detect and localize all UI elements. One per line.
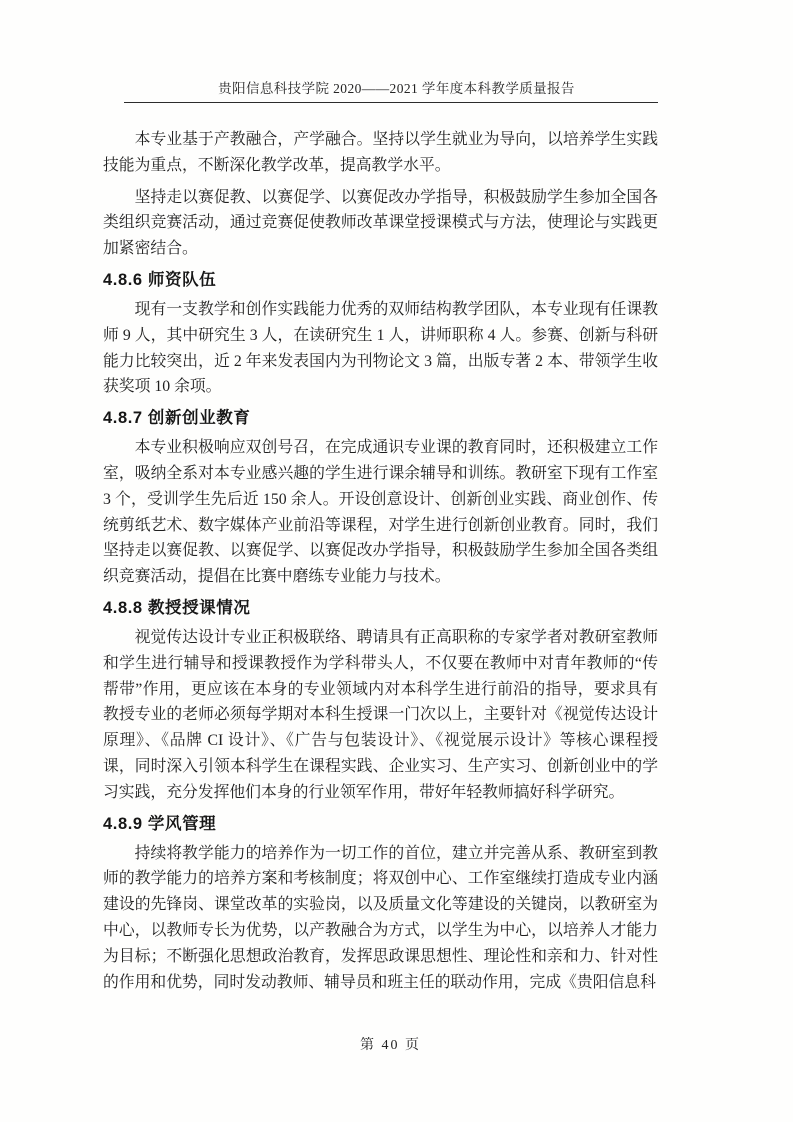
page-header: 贵阳信息科技学院 2020——2021 学年度本科教学质量报告 [0,80,793,103]
header-title: 贵阳信息科技学院 2020——2021 学年度本科教学质量报告 [0,80,793,98]
document-page: 贵阳信息科技学院 2020——2021 学年度本科教学质量报告 本专业基于产教融… [0,0,793,1122]
section-heading-4-8-7: 4.8.7 创新创业教育 [103,407,658,429]
section-heading-4-8-8: 4.8.8 教授授课情况 [103,597,658,619]
section-heading-4-8-9: 4.8.9 学风管理 [103,813,658,835]
intro-paragraph-2: 坚持走以赛促教、以赛促学、以赛促改办学指导，积极鼓励学生参加全国各类组织竞赛活动… [103,185,658,262]
section-4-8-7-paragraph: 本专业积极响应双创号召，在完成通识专业课的教育同时，还积极建立工作室，吸纳全系对… [103,435,658,590]
intro-paragraph-1: 本专业基于产教融合，产学融合。坚持以学生就业为导向，以培养学生实践技能为重点，不… [103,127,658,179]
page-footer: 第 40 页 [0,1034,781,1054]
page-number: 第 40 页 [360,1038,421,1053]
section-4-8-6-paragraph: 现有一支教学和创作实践能力优秀的双师结构教学团队，本专业现有任课教师 9 人，其… [103,297,658,400]
section-heading-4-8-6: 4.8.6 师资队伍 [103,269,658,291]
section-4-8-8-paragraph: 视觉传达设计专业正积极联络、聘请具有正高职称的专家学者对教研室教师和学生进行辅导… [103,625,658,806]
header-divider [124,102,658,103]
page-content: 本专业基于产教融合，产学融合。坚持以学生就业为导向，以培养学生实践技能为重点，不… [103,127,658,1001]
section-4-8-9-paragraph: 持续将教学能力的培养作为一切工作的首位，建立并完善从系、教研室到教师的教学能力的… [103,841,658,996]
